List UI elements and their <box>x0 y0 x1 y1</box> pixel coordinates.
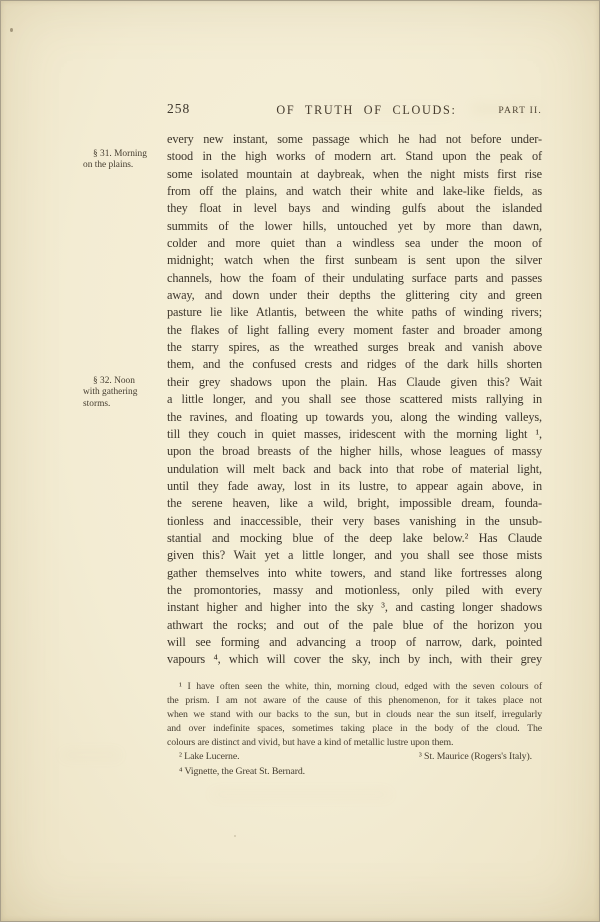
footnote-4: ⁴ Vignette, the Great St. Bernard. <box>167 765 542 779</box>
paper-speck <box>234 835 236 837</box>
body-line: the promontories, massy and motionless, … <box>167 582 542 599</box>
body-line: channels, how the foam of their undulati… <box>167 270 542 287</box>
body-line: till they couch in quiet masses, iridesc… <box>167 426 542 443</box>
body-line: undulation will melt back and back into … <box>167 461 542 478</box>
body-line: summits of the lower hills, untouched ye… <box>167 218 542 235</box>
margin-note-line: § 31. Morning <box>83 149 163 160</box>
margin-note-line: storms. <box>83 399 163 410</box>
footnote-line: when we stand with our backs to the sun,… <box>167 708 542 722</box>
body-line: stood in the high works of modern art. S… <box>167 148 542 165</box>
body-line: every new instant, some passage which he… <box>167 131 542 148</box>
footnote-line: the prism. I am not aware of the cause o… <box>167 694 542 708</box>
book-page: 258 OF TRUTH OF CLOUDS: PART II. § 31. M… <box>0 0 600 922</box>
page-number: 258 <box>167 101 190 117</box>
body-line: midnight; watch when the first sunbeam i… <box>167 252 542 269</box>
footnote-3: ³ St. Maurice (Rogers's Italy). <box>419 750 542 764</box>
body-line: the starry spires, as the wreathed surge… <box>167 339 542 356</box>
show-through-smudge <box>471 105 541 113</box>
body-line: athwart the rocks; and out of the pale b… <box>167 617 542 634</box>
body-line: their grey shadows upon the plain. Has C… <box>167 374 542 391</box>
body-line: colder and more quiet than a windless se… <box>167 235 542 252</box>
margin-note-line: with gathering <box>83 387 163 398</box>
body-line: gather themselves into white towers, and… <box>167 565 542 582</box>
body-line: vapours ⁴, which will cover the sky, inc… <box>167 651 542 668</box>
body-line: away, and down under their depths the gl… <box>167 287 542 304</box>
footnotes: ¹ I have often seen the white, thin, mor… <box>167 680 542 779</box>
show-through-smudge <box>301 109 451 115</box>
body-line: will see forming and advancing a troop o… <box>167 634 542 651</box>
footnote-line: ¹ I have often seen the white, thin, mor… <box>167 680 542 694</box>
margin-note-section-32: § 32. Noon with gathering storms. <box>83 376 163 410</box>
margin-note-section-31: § 31. Morning on the plains. <box>83 149 163 172</box>
show-through-smudge <box>211 791 391 798</box>
margin-note-line: § 32. Noon <box>83 376 163 387</box>
footnote-2: ² Lake Lucerne. <box>167 750 239 764</box>
body-line: upon the broad breasts of the higher hil… <box>167 443 542 460</box>
body-line: some isolated mountain at daybreak, when… <box>167 166 542 183</box>
body-line: until they fade away, lost in its lustre… <box>167 478 542 495</box>
body-line: stantial and mocking blue of the deep la… <box>167 530 542 547</box>
body-line: they float in level bays and winding gul… <box>167 200 542 217</box>
body-line: pasture lie like Atlantis, between the w… <box>167 304 542 321</box>
body-line: instant higher and higher into the sky ³… <box>167 599 542 616</box>
footnote-line: colours are distinct and vivid, but have… <box>167 736 542 750</box>
footnote-line: and over indefinite spaces, sometimes ta… <box>167 722 542 736</box>
paper-speck <box>10 28 13 32</box>
body-line: given this? Wait yet a little longer, an… <box>167 547 542 564</box>
body-line: the ravines, and floating up towards you… <box>167 409 542 426</box>
body-line: tionless and inaccessible, their very ba… <box>167 513 542 530</box>
body-line: the serene heaven, like a wild, bright, … <box>167 495 542 512</box>
body-text: every new instant, some passage which he… <box>167 131 542 669</box>
body-line: a little longer, and you shall see those… <box>167 391 542 408</box>
body-line: the flakes of light falling every moment… <box>167 322 542 339</box>
margin-note-line: on the plains. <box>83 160 163 171</box>
show-through-smudge <box>61 751 121 759</box>
body-line: them, and the confused crests and ridges… <box>167 356 542 373</box>
footnote-row: ² Lake Lucerne. ³ St. Maurice (Rogers's … <box>167 750 542 764</box>
body-line: from off the plains, and watch their whi… <box>167 183 542 200</box>
